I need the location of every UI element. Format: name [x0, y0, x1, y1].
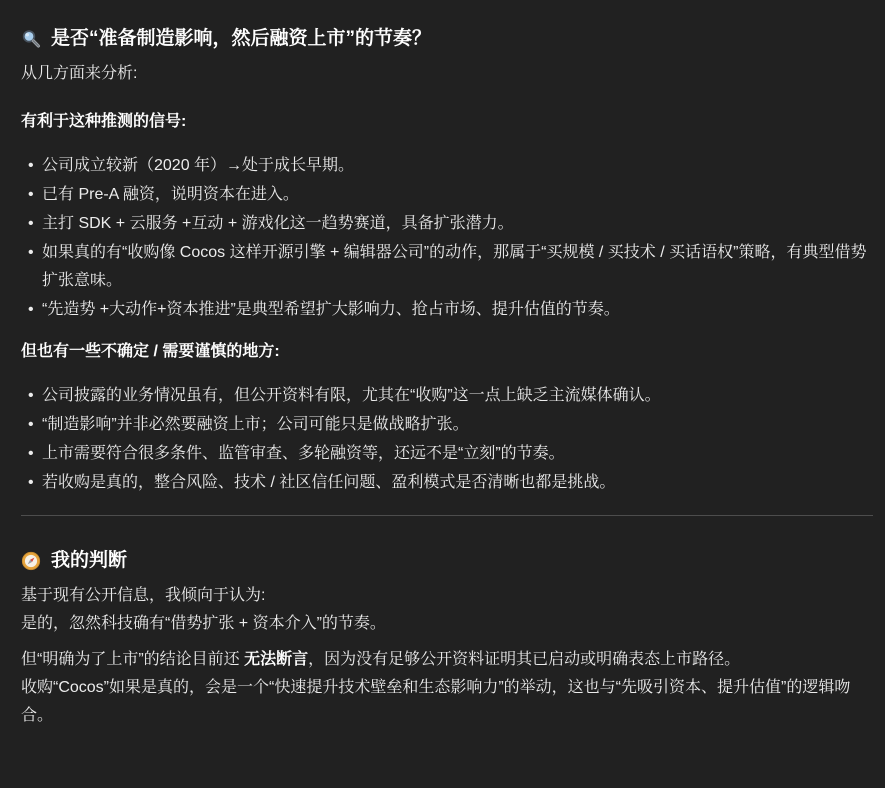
judgment-heading-text: 我的判断 [51, 548, 127, 574]
section-divider [21, 515, 873, 516]
signals-heading: 有利于这种推测的信号: [21, 108, 873, 136]
judgment-text: 收购“Cocos”如果是真的，会是一个“快速提升技术壁垒和生态影响力”的举动，这… [21, 679, 850, 724]
cautions-heading: 但也有一些不确定 / 需要谨慎的地方: [21, 338, 873, 366]
question-heading: 是否“准备制造影响，然后融资上市”的节奏？ [21, 26, 873, 52]
judgment-line: 是的，忽然科技确有“借势扩张 + 资本介入”的节奏。 [21, 615, 386, 632]
magnifier-icon [21, 29, 41, 49]
list-item: 已有 Pre-A 融资，说明资本在进入。 [21, 181, 873, 209]
list-item: 如果真的有“收购像 Cocos 这样开源引擎 + 编辑器公司”的动作，那属于“买… [21, 239, 873, 295]
emphasis-text: 无法断言 [244, 651, 308, 668]
judgment-text: ，因为没有足够公开资料证明其已启动或明确表态上市路径。 [308, 651, 740, 668]
chat-response: 是否“准备制造影响，然后融资上市”的节奏？ 从几方面来分析: 有利于这种推测的信… [0, 0, 885, 788]
list-item: “先造势 +大动作+资本推进”是典型希望扩大影响力、抢占市场、提升估值的节奏。 [21, 296, 873, 324]
question-heading-text: 是否“准备制造影响，然后融资上市”的节奏？ [51, 26, 431, 52]
list-item: 主打 SDK + 云服务 +互动 + 游戏化这一趋势赛道，具备扩张潜力。 [21, 210, 873, 238]
compass-icon [21, 551, 41, 571]
judgment-detail: 但“明确为了上市”的结论目前还 无法断言，因为没有足够公开资料证明其已启动或明确… [21, 646, 873, 730]
intro-text: 从几方面来分析: [21, 60, 873, 88]
list-item: 若收购是真的，整合风险、技术 / 社区信任问题、盈利模式是否清晰也都是挑战。 [21, 469, 873, 497]
list-item: 上市需要符合很多条件、监管审查、多轮融资等，还远不是“立刻”的节奏。 [21, 440, 873, 468]
judgment-line: 基于现有公开信息，我倾向于认为: [21, 587, 265, 604]
judgment-heading: 我的判断 [21, 548, 873, 574]
cautions-list: 公司披露的业务情况虽有，但公开资料有限，尤其在“收购”这一点上缺乏主流媒体确认。… [21, 382, 873, 497]
signals-list: 公司成立较新（2020 年）→处于成长早期。 已有 Pre-A 融资，说明资本在… [21, 152, 873, 324]
list-item: 公司成立较新（2020 年）→处于成长早期。 [21, 152, 873, 180]
list-item: 公司披露的业务情况虽有，但公开资料有限，尤其在“收购”这一点上缺乏主流媒体确认。 [21, 382, 873, 410]
judgment-intro: 基于现有公开信息，我倾向于认为:是的，忽然科技确有“借势扩张 + 资本介入”的节… [21, 582, 873, 638]
list-item: “制造影响”并非必然要融资上市；公司可能只是做战略扩张。 [21, 411, 873, 439]
judgment-text: 但“明确为了上市”的结论目前还 [21, 651, 244, 668]
